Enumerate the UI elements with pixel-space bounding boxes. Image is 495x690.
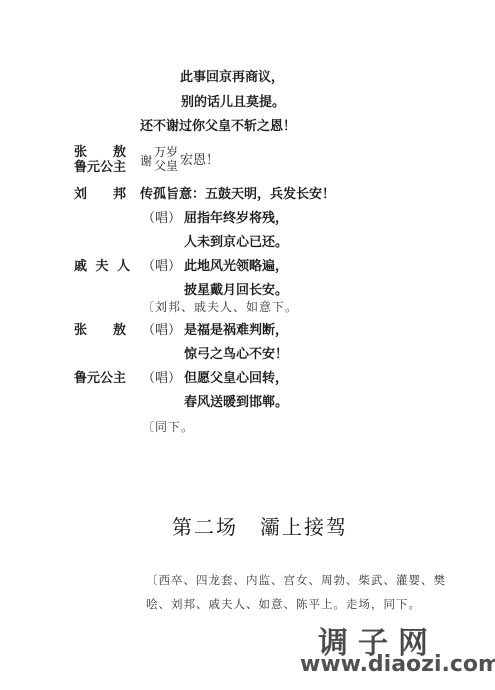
watermark-url: www.diaozi.com: [300, 652, 495, 677]
stage-direction: 哙、刘邦、戚夫人、如意、陈平上。走场，同下。: [146, 596, 421, 612]
stage-direction: 〔西卒、四龙套、内监、宫女、周勃、柴武、灌婴、樊: [146, 572, 446, 588]
verse-line: 此地风光领略遍，: [184, 259, 288, 275]
stacked-bottom: 父皇: [154, 160, 178, 172]
speaker-name: 张 敖: [74, 323, 126, 339]
sing-marker: （唱）: [142, 323, 181, 339]
verse-line: 人未到京心已还。: [184, 235, 288, 251]
sing-marker: （唱）: [142, 211, 181, 227]
speaker-name: 刘 邦: [74, 187, 126, 203]
verse-line: 屈指年终岁将残，: [184, 211, 288, 227]
sing-marker: （唱）: [142, 371, 181, 387]
verse-line: 春风送暖到邯郸。: [184, 395, 288, 411]
stage-direction: 〔刘邦、戚夫人、如意下。: [142, 299, 298, 315]
verse-line: 别的话儿且莫提。: [181, 95, 285, 111]
dialogue-text: 传孤旨意：五鼓天明，兵发长安！: [140, 187, 335, 203]
speaker-name: 张 敖: [74, 145, 126, 161]
verse-line: 此事回京再商议，: [180, 70, 284, 86]
verse-line: 惊弓之鸟心不安！: [184, 347, 288, 363]
stage-direction: 〔同下。: [142, 419, 194, 435]
speaker-name: 戚 夫 人: [74, 259, 132, 275]
sing-marker: （唱）: [142, 259, 181, 275]
stacked-top: 万岁: [154, 146, 178, 158]
verse-line: 还不谢过你父皇不斩之恩！: [140, 119, 296, 135]
speaker-name: 鲁元公主: [74, 371, 126, 387]
verse-line: 但愿父皇心回转，: [184, 371, 288, 387]
verse-line: 披星戴月回长安。: [184, 283, 288, 299]
dialogue-prefix: 谢: [140, 153, 152, 169]
scene-title: 第二场 灞上接驾: [172, 511, 348, 540]
speaker-name: 鲁元公主: [74, 160, 126, 176]
verse-line: 是福是祸难判断，: [184, 323, 288, 339]
dialogue-text: 宏恩！: [180, 153, 219, 169]
